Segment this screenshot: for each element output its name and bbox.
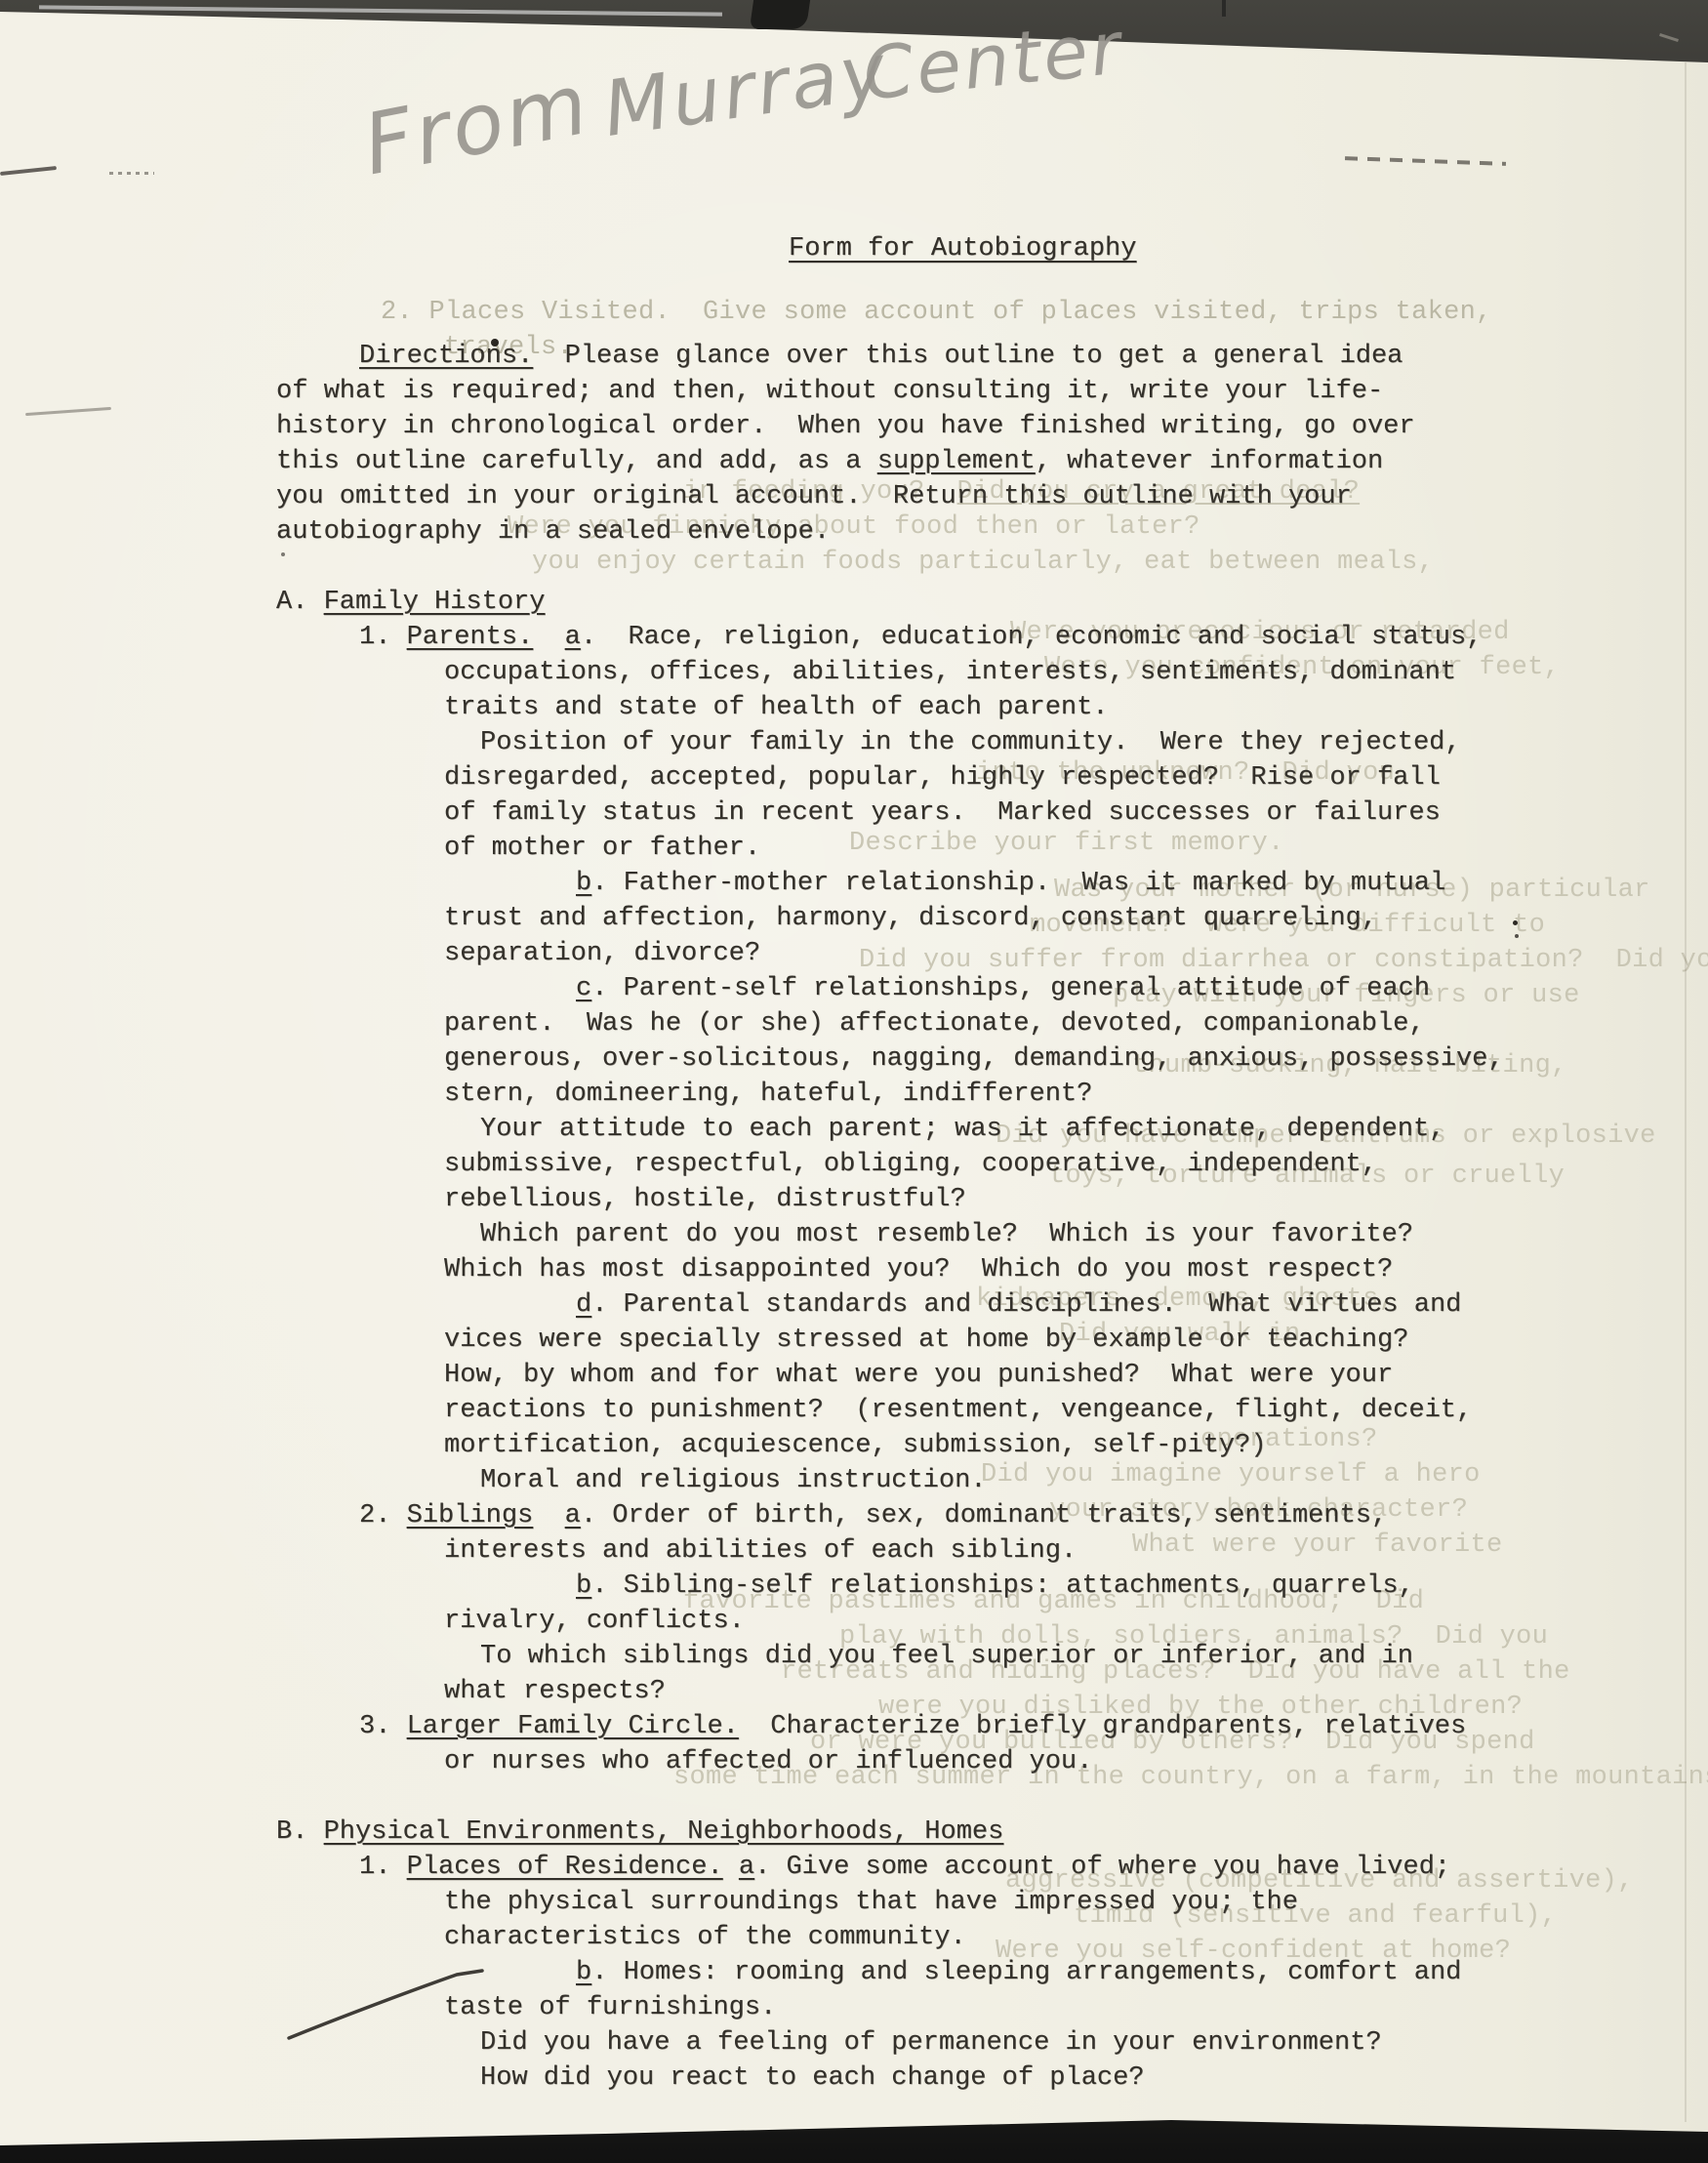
pencil-slash-mark: [0, 0, 1708, 2163]
scanned-page: 2. Places Visited. Give some account of …: [0, 0, 1708, 2163]
